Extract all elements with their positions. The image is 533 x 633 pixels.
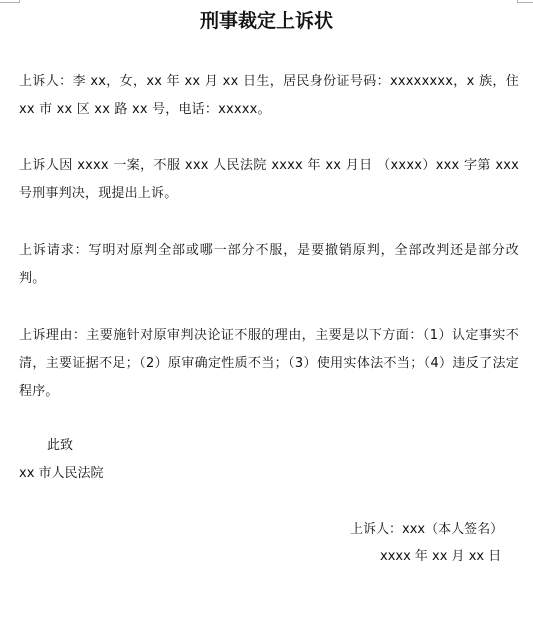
closing-greeting: 此致 [47, 432, 73, 460]
appeal-reasons-paragraph: 上诉理由：主要施针对原审判决论证不服的理由，主要是以下方面：（1）认定事实不清，… [19, 322, 519, 406]
appellant-info-paragraph: 上诉人：李 xx，女，xx 年 xx 月 xx 日生，居民身份证号码：xxxxx… [19, 68, 519, 124]
addressee-court: xx 市人民法院 [19, 460, 104, 488]
signer-line: 上诉人：xxx（本人签名） [350, 516, 503, 544]
date-line: xxxx 年 xx 月 xx 日 [380, 543, 501, 571]
page-corner-mark-top-right [517, 0, 533, 3]
page-corner-mark-top-left [0, 0, 20, 3]
case-statement-paragraph: 上诉人因 xxxx 一案，不服 xxx 人民法院 xxxx 年 xx 月日 （x… [19, 152, 519, 208]
appeal-request-paragraph: 上诉请求：写明对原判全部或哪一部分不服，是要撤销原判，全部改判还是部分改判。 [19, 237, 519, 293]
document-title: 刑事裁定上诉状 [0, 8, 533, 34]
